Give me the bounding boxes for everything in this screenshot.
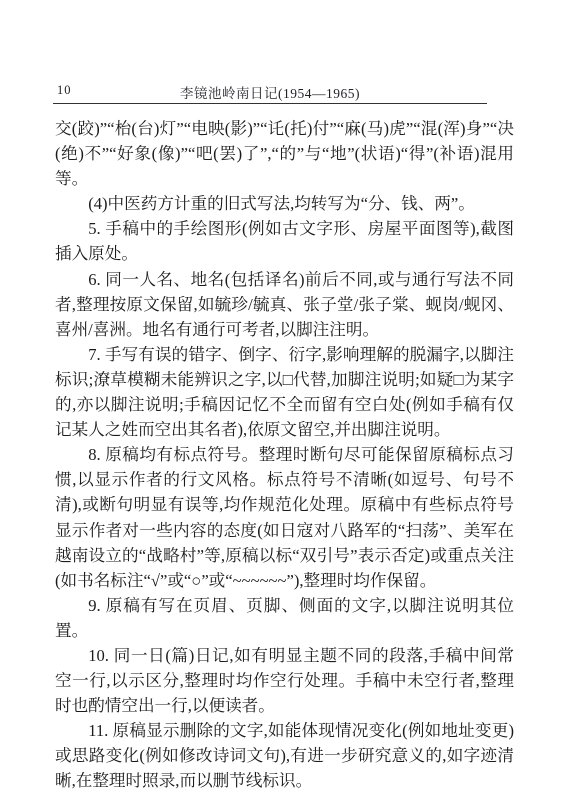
book-page: 10 李镜池岭南日记(1954—1965) 交(跤)”“枱(台)灯”“电映(影)… [0, 0, 567, 811]
paragraph-continuation: 交(跤)”“枱(台)灯”“电映(影)”“讬(托)付”“麻(马)虎”“混(浑)身”… [55, 116, 514, 191]
paragraph-item-4: (4)中医药方计重的旧式写法,均转写为“分、钱、两”。 [55, 191, 514, 216]
paragraph-item-9: 9. 原稿有写在页眉、页脚、侧面的文字,以脚注说明其位置。 [55, 593, 514, 643]
paragraph-item-11: 11. 原稿显示删除的文字,如能体现情况变化(例如地址变更)或思路变化(例如修改… [55, 718, 514, 793]
page-header: 10 李镜池岭南日记(1954—1965) [53, 80, 487, 104]
paragraph-item-10: 10. 同一日(篇)日记,如有明显主题不同的段落,手稿中间常空一行,以示区分,整… [55, 643, 514, 718]
paragraph-item-5: 5. 手稿中的手绘图形(例如古文字形、房屋平面图等),截图插入原处。 [55, 216, 514, 266]
page-body: 交(跤)”“枱(台)灯”“电映(影)”“讬(托)付”“麻(马)虎”“混(浑)身”… [55, 116, 514, 794]
paragraph-item-7: 7. 手写有误的错字、倒字、衍字,影响理解的脱漏字,以脚注标识;潦草模糊未能辨识… [55, 342, 514, 442]
running-title: 李镜池岭南日记(1954—1965) [53, 82, 487, 102]
paragraph-item-8: 8. 原稿均有标点符号。整理时断句尽可能保留原稿标点习惯,以显示作者的行文风格。… [55, 442, 514, 593]
paragraph-item-6: 6. 同一人名、地名(包括译名)前后不同,或与通行写法不同者,整理按原文保留,如… [55, 267, 514, 342]
